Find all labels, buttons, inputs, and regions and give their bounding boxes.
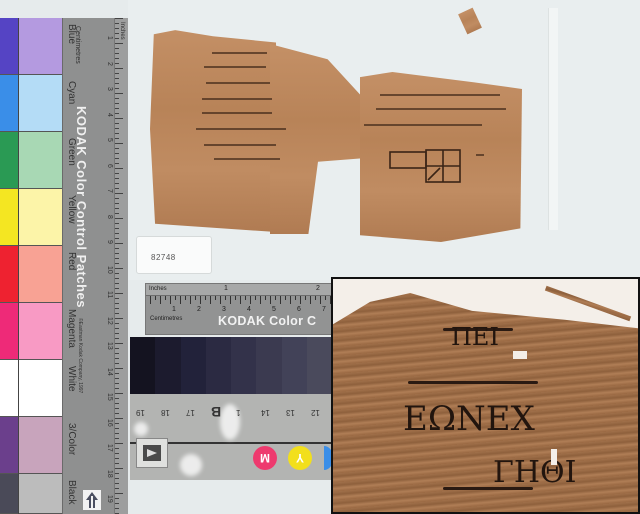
centimetres-label: Centimetres xyxy=(74,26,81,64)
ruler-number: 9 xyxy=(106,240,113,244)
color-patch-yellow-light xyxy=(19,189,63,246)
color-patch-white-light xyxy=(19,360,63,417)
ruler-tick xyxy=(115,468,123,469)
ruler-tick xyxy=(115,118,123,119)
color-patch-black-dark xyxy=(0,474,18,514)
grayscale-number: 14 xyxy=(261,408,270,417)
grayscale-step xyxy=(282,337,307,394)
ruler-tick xyxy=(230,296,231,304)
grayscale-number: 18 xyxy=(161,408,170,417)
ruler-tick xyxy=(115,68,123,69)
color-patch-green-dark xyxy=(0,132,18,189)
ruler-tick xyxy=(290,296,291,304)
kodak-logo-icon xyxy=(83,490,101,510)
ruler-number: 6 xyxy=(106,164,113,168)
ruler-number: 16 xyxy=(106,419,113,427)
ruler-tick xyxy=(115,483,119,484)
cm-number: 4 xyxy=(247,306,251,313)
patch-label-black: Black xyxy=(66,480,77,504)
ruler-number: 15 xyxy=(106,393,113,401)
ruler-tick xyxy=(320,296,321,304)
color-patches-light xyxy=(18,18,62,514)
ruler-tick xyxy=(115,218,123,219)
ruler-tick xyxy=(185,296,186,300)
color-patch-black-light xyxy=(19,474,63,514)
ruler-tick xyxy=(225,296,226,300)
inches-label-h: Inches xyxy=(149,286,167,292)
ruler-tick xyxy=(220,296,221,304)
ruler-number: 5 xyxy=(106,138,113,142)
cm-number: 2 xyxy=(197,306,201,313)
ruler-tick xyxy=(115,78,119,79)
ruler-tick xyxy=(270,296,271,304)
cm-number: 3 xyxy=(222,306,226,313)
grayscale-step xyxy=(181,337,206,394)
vertical-ruler: Inches xyxy=(114,18,128,514)
ruler-tick xyxy=(180,296,181,304)
ruler-tick xyxy=(115,228,119,229)
papyrus-text-line xyxy=(202,112,272,114)
papyrus-text-line xyxy=(364,124,482,126)
color-patch-yellow-dark xyxy=(0,189,18,246)
kodak-logo-small-icon xyxy=(136,438,168,468)
ruler-tick xyxy=(115,368,123,369)
ruler-tick xyxy=(115,383,119,384)
ruler-tick xyxy=(115,358,119,359)
ruler-tick xyxy=(115,323,119,324)
color-patch-3-color-dark xyxy=(0,417,18,474)
ruler-tick xyxy=(115,178,119,179)
papyrus-text-line xyxy=(212,52,267,54)
patch-label-white: White xyxy=(66,366,77,392)
ruler-tick xyxy=(260,296,261,304)
grayscale-number-panel: 191817B1141312MY xyxy=(130,394,332,480)
ruler-tick xyxy=(115,418,123,419)
ruler-tick xyxy=(265,296,266,300)
ruler-number: 3 xyxy=(106,87,113,91)
ruler-number: 18 xyxy=(106,470,113,478)
ruler-tick xyxy=(115,498,119,499)
ruler-number: 7 xyxy=(106,189,113,193)
centimetres-label-h: Centimetres xyxy=(150,316,182,322)
ruler-tick xyxy=(115,503,119,504)
kodak-horizontal-title: KODAK Color C xyxy=(218,314,316,328)
papyrus-text-line xyxy=(204,66,266,68)
papyrus-text-line xyxy=(380,94,500,96)
horizontal-ruler: Inches 121234567 Centimetres KODAK Color… xyxy=(145,283,335,335)
grayscale-step xyxy=(307,337,332,394)
color-patch-magenta-light xyxy=(19,303,63,360)
ruler-tick xyxy=(115,308,119,309)
ruler-tick xyxy=(325,296,326,300)
inch-number: 1 xyxy=(224,285,228,292)
color-patch-cyan-dark xyxy=(0,75,18,132)
ruler-tick xyxy=(115,53,119,54)
ruler-tick xyxy=(115,108,119,109)
grayscale-number: 1 xyxy=(236,408,240,417)
ruler-tick xyxy=(115,88,119,89)
ruler-tick xyxy=(115,303,119,304)
ruler-tick xyxy=(115,283,119,284)
patch-label-cyan: Cyan xyxy=(66,81,77,104)
ruler-tick xyxy=(115,188,119,189)
color-patch-red-dark xyxy=(0,246,18,303)
color-dot-y: Y xyxy=(288,446,312,470)
smudge xyxy=(134,422,148,436)
grayscale-number: 17 xyxy=(186,408,195,417)
sheet-edge xyxy=(548,8,558,230)
ruler-tick xyxy=(115,113,119,114)
papyrus-text-line xyxy=(376,108,506,110)
ruler-tick xyxy=(115,463,119,464)
color-patch-magenta-dark xyxy=(0,303,18,360)
ruler-tick xyxy=(215,296,216,300)
ruler-tick xyxy=(115,473,119,474)
ruler-tick xyxy=(210,296,211,304)
ruler-tick xyxy=(115,48,119,49)
ruler-tick xyxy=(115,493,123,494)
ruler-tick xyxy=(115,73,119,74)
ruler-tick xyxy=(255,296,256,300)
ruler-tick xyxy=(245,296,246,300)
ruler-tick xyxy=(275,296,276,300)
grayscale-step xyxy=(231,337,256,394)
grayscale-number: 12 xyxy=(311,408,320,417)
inch-number: 2 xyxy=(316,285,320,292)
ruler-tick xyxy=(115,433,119,434)
ruler-tick xyxy=(115,133,119,134)
ruler-tick xyxy=(115,263,119,264)
ruler-number: 12 xyxy=(106,317,113,325)
color-patch-red-light xyxy=(19,246,63,303)
ruler-tick xyxy=(115,448,119,449)
ruler-tick xyxy=(115,223,119,224)
color-patch-blue-light xyxy=(19,18,63,75)
inch-scale: Inches xyxy=(146,284,334,296)
color-patch-green-light xyxy=(19,132,63,189)
grayscale-bar xyxy=(130,337,332,394)
grayscale-step xyxy=(206,337,231,394)
ruler-tick xyxy=(115,98,119,99)
color-patch-3-color-light xyxy=(19,417,63,474)
papyrus-text-line xyxy=(204,144,276,146)
ruler-tick xyxy=(115,508,119,509)
ruler-tick xyxy=(205,296,206,300)
papyrus-text-line xyxy=(196,128,286,130)
ruler-tick xyxy=(115,348,119,349)
ruler-tick xyxy=(115,393,123,394)
color-patches-dark xyxy=(0,18,18,514)
ruler-tick xyxy=(165,296,166,300)
ruler-tick xyxy=(115,163,119,164)
ruler-tick xyxy=(115,83,119,84)
ruler-tick xyxy=(115,143,123,144)
catalog-number: 82748 xyxy=(151,253,176,262)
ruler-tick xyxy=(115,213,119,214)
ruler-number: 10 xyxy=(106,266,113,274)
ruler-tick xyxy=(115,423,119,424)
grayscale-step xyxy=(155,337,180,394)
cm-number: 7 xyxy=(322,306,326,313)
ruler-tick xyxy=(115,43,123,44)
ruler-number: 4 xyxy=(106,113,113,117)
ruler-tick xyxy=(295,296,296,300)
grayscale-step xyxy=(256,337,281,394)
ruler-tick xyxy=(115,458,119,459)
ruler-tick xyxy=(115,173,119,174)
ruler-tick xyxy=(115,238,119,239)
ruler-tick xyxy=(115,453,119,454)
ruler-tick xyxy=(115,373,119,374)
ruler-tick xyxy=(115,248,119,249)
ruler-tick xyxy=(115,328,119,329)
ruler-number: 13 xyxy=(106,342,113,350)
ruler-tick xyxy=(115,253,119,254)
kodak-vertical-title: KODAK Color Control Patches xyxy=(74,106,89,308)
inset-text-line-1: ΠΕΙ xyxy=(451,323,499,351)
ruler-tick xyxy=(115,338,119,339)
ruler-tick xyxy=(115,158,119,159)
ink-stroke xyxy=(408,381,538,384)
ruler-tick xyxy=(160,296,161,304)
papyrus-text-line xyxy=(476,154,484,156)
color-patch-white-dark xyxy=(0,360,18,417)
ruler-tick xyxy=(115,288,119,289)
ruler-tick xyxy=(315,296,316,300)
ruler-tick xyxy=(155,296,156,300)
ruler-tick xyxy=(115,398,119,399)
ruler-tick xyxy=(310,296,311,304)
papyrus-hole xyxy=(551,449,557,465)
ruler-tick xyxy=(115,318,123,319)
ruler-tick xyxy=(115,123,119,124)
ruler-tick xyxy=(115,153,119,154)
ruler-tick xyxy=(115,333,119,334)
ruler-number: 11 xyxy=(106,291,113,298)
ruler-tick xyxy=(115,443,123,444)
grayscale-step xyxy=(130,337,155,394)
ruler-tick xyxy=(195,296,196,300)
ruler-tick xyxy=(170,296,171,304)
ruler-tick xyxy=(115,63,119,64)
ruler-tick xyxy=(115,413,119,414)
ruler-tick xyxy=(115,408,119,409)
geometric-diagram xyxy=(388,148,464,191)
patch-label-3-color: 3/Color xyxy=(66,423,77,455)
ruler-number: 2 xyxy=(106,62,113,66)
papyrus-text-line xyxy=(214,158,280,160)
papyrus-hole xyxy=(513,351,527,359)
ruler-tick xyxy=(115,258,119,259)
smudge xyxy=(180,454,202,476)
cm-number: 5 xyxy=(272,306,276,313)
grayscale-number: 19 xyxy=(136,408,145,417)
color-patch-blue-dark xyxy=(0,18,18,75)
inches-label: Inches xyxy=(119,22,125,40)
ruler-tick xyxy=(285,296,286,300)
ruler-tick xyxy=(175,296,176,300)
ruler-tick xyxy=(115,138,119,139)
ruler-tick xyxy=(115,353,119,354)
ruler-tick xyxy=(115,103,119,104)
ruler-tick xyxy=(115,478,119,479)
copyright-text: ©Eastman Kodak Company, 1997 xyxy=(77,318,83,393)
ruler-tick xyxy=(240,296,241,304)
ruler-tick xyxy=(300,296,301,304)
ruler-tick xyxy=(115,168,123,169)
ruler-tick xyxy=(115,268,123,269)
ruler-number: 17 xyxy=(106,444,113,452)
ruler-tick xyxy=(115,378,119,379)
ruler-tick xyxy=(115,193,123,194)
ruler-tick xyxy=(115,233,119,234)
ruler-tick xyxy=(115,128,119,129)
ruler-number: 19 xyxy=(106,495,113,503)
ruler-number: 1 xyxy=(106,36,113,40)
ruler-tick xyxy=(115,273,119,274)
ruler-tick xyxy=(115,203,119,204)
ruler-tick xyxy=(115,363,119,364)
patch-label-magenta: Magenta xyxy=(66,309,77,348)
papyrus-text-line xyxy=(206,82,270,84)
ruler-tick xyxy=(115,438,119,439)
ruler-tick xyxy=(115,93,123,94)
ruler-number: 14 xyxy=(106,368,113,376)
ruler-tick xyxy=(115,183,119,184)
cm-number: 6 xyxy=(297,306,301,313)
ruler-tick xyxy=(235,296,236,300)
color-dot-m: M xyxy=(253,446,277,470)
ruler-tick xyxy=(115,313,119,314)
ruler-tick xyxy=(250,296,251,304)
ruler-tick xyxy=(115,293,123,294)
ruler-tick xyxy=(115,58,119,59)
ruler-tick xyxy=(115,278,119,279)
ruler-tick xyxy=(115,148,119,149)
inset-fiber xyxy=(545,286,631,321)
ruler-tick xyxy=(115,488,119,489)
ruler-tick xyxy=(115,198,119,199)
inset-text-line-3: ΓΗΘΙ xyxy=(493,455,576,490)
ruler-tick xyxy=(150,296,151,304)
ruler-tick xyxy=(115,388,119,389)
color-patch-cyan-light xyxy=(19,75,63,132)
ruler-tick xyxy=(115,18,123,19)
zoomed-inset: ΠΕΙ ΕΩΝΕΧ ΓΗΘΙ xyxy=(331,277,640,514)
ruler-tick xyxy=(115,428,119,429)
grayscale-number: B xyxy=(211,404,221,420)
ruler-tick xyxy=(190,296,191,304)
catalog-label-card: 82748 xyxy=(136,236,212,274)
ruler-tick xyxy=(200,296,201,304)
papyrus-text-line xyxy=(202,98,272,100)
ruler-tick xyxy=(115,343,123,344)
ruler-number: 8 xyxy=(106,215,113,219)
ruler-tick xyxy=(115,208,119,209)
cm-number: 1 xyxy=(172,306,176,313)
ruler-tick xyxy=(115,298,119,299)
ruler-tick xyxy=(280,296,281,304)
ruler-tick xyxy=(115,403,119,404)
inset-text-line-2: ΕΩΝΕΧ xyxy=(403,399,535,439)
grayscale-number: 13 xyxy=(286,408,295,417)
ruler-tick xyxy=(115,243,123,244)
ruler-tick xyxy=(305,296,306,300)
